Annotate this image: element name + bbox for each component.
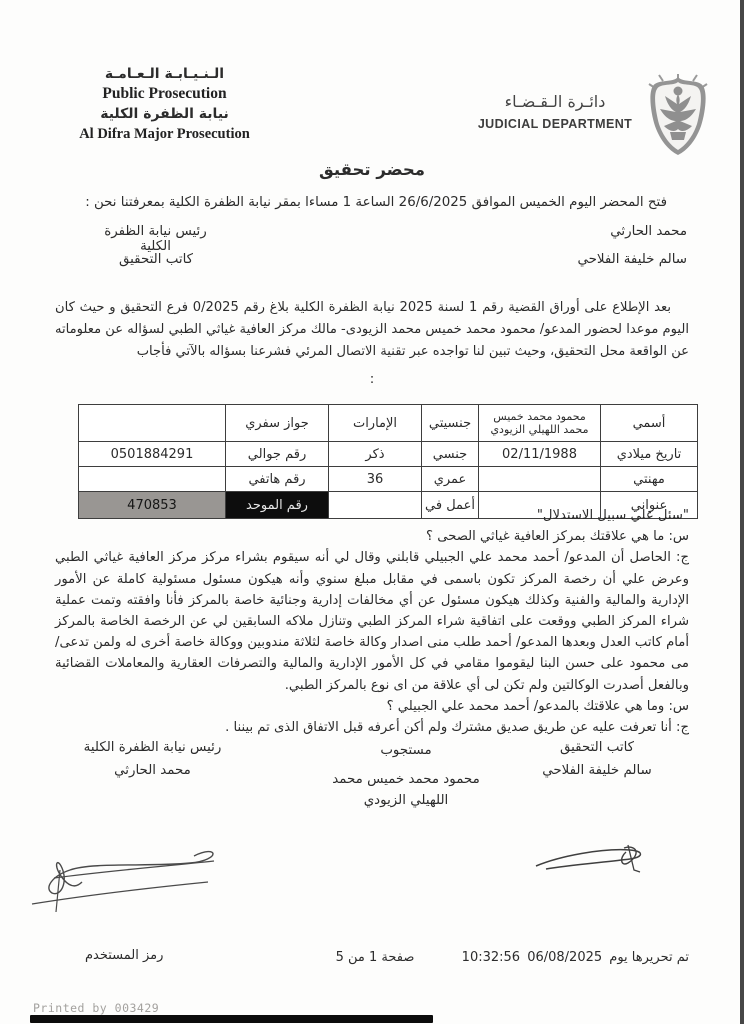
table-cell-mobile-label: رقم جوالي [226,442,329,467]
table-cell-nationality-label: جنسيتي [422,405,479,442]
judicial-department-english: JUDICIAL DEPARTMENT [470,117,640,131]
table-cell-profession-value [479,467,601,492]
table-cell-dob-label: تاريخ ميلادي [601,442,698,467]
table-cell-gender-value: ذكر [329,442,422,467]
signature-name-respondent: محمود محمد خميس محمد اللهيلي الزيودي [322,769,490,811]
subject-info-table: أسمي محمود محمد خميس محمد اللهيلي الزيود… [78,404,698,519]
table-cell-phone-value [79,467,226,492]
table-cell-phone-label: رقم هاتفي [226,467,329,492]
handwritten-signature-right [528,840,658,890]
question-1: س: ما هي علاقتك بمركز العافية غياثي الصح… [55,526,689,547]
table-cell-mobile-value: 0501884291 [79,442,226,467]
al-difra-prosecution-english: Al Difra Major Prosecution [52,124,277,144]
public-prosecution-english: Public Prosecution [52,84,277,104]
signature-block-respondent: مستجوب محمود محمد خميس محمد اللهيلي الزي… [322,740,490,811]
intro-line: فتح المحضر اليوم الخميس الموافق 26/6/202… [55,192,689,213]
official-role-chief: رئيس نيابة الظفرة الكلية [88,224,223,254]
oath-statement: "سئل علي سبيل الاستدلال" [55,505,689,526]
footer-edited-timestamp: تم تحريرها يوم 06/08/2025 10:32:56 [459,950,689,965]
table-row: مهنتي عمري 36 رقم هاتفي [79,467,698,492]
prosecution-header-block: الـنـيـابـة الـعـامـة Public Prosecution… [52,64,277,144]
signature-role-respondent: مستجوب [322,740,490,761]
printed-by-stamp: Printed by 003429 [33,1001,159,1015]
footer-edited-label: تم تحريرها يوم [609,950,689,965]
table-cell-age-label: عمري [422,467,479,492]
judicial-department-arabic: دائـرة الـقـضـاء [470,92,640,111]
table-cell-age-value: 36 [329,467,422,492]
table-cell-gender-label: جنسي [422,442,479,467]
official-name-chief: محمد الحارثي [610,224,687,239]
question-2: س: وما هي علاقتك بالمدعو/ أحمد محمد علي … [55,696,689,717]
falcon-emblem-icon [642,74,714,158]
table-cell-passport-value [79,405,226,442]
public-prosecution-arabic: الـنـيـابـة الـعـامـة [52,64,277,84]
official-name-clerk: سالم خليفة الفلاحي [577,252,687,267]
footer-edited-date: 06/08/2025 [527,950,602,965]
scan-edge-line [740,0,744,1024]
answer-2: ج: أنا تعرفت عليه عن طريق صديق مشترك ولم… [55,717,689,738]
footer-user-code-label: رمز المستخدم [85,948,163,963]
signature-name-clerk: سالم خليفة الفلاحي [512,763,682,778]
judicial-department-block: دائـرة الـقـضـاء JUDICIAL DEPARTMENT [470,92,640,131]
case-opening-paragraph: بعد الإطلاع على أوراق القضية رقم 1 لسنة … [55,297,689,363]
signature-block-chief: رئيس نيابة الظفرة الكلية محمد الحارثي [70,740,235,778]
al-difra-prosecution-arabic: نيابة الظفرة الكلية [52,104,277,124]
table-cell-passport-label: جواز سفري [226,405,329,442]
signature-block-clerk: كاتب التحقيق سالم خليفة الفلاحي [512,740,682,778]
page-title: محضر تحقيق [0,160,744,179]
table-cell-profession-label: مهنتي [601,467,698,492]
answer-1: ج: الحاصل أن المدعو/ أحمد محمد علي الجبي… [55,547,689,695]
table-cell-name-label: أسمي [601,405,698,442]
scan-bottom-stripe [30,1015,433,1023]
official-role-clerk: كاتب التحقيق [106,252,206,267]
table-cell-name-value: محمود محمد خميس محمد اللهيلي الزيودي [479,405,601,442]
handwritten-signature-left [26,836,226,926]
qa-transcript: "سئل علي سبيل الاستدلال" س: ما هي علاقتك… [55,505,689,738]
footer-edited-time: 10:32:56 [462,950,520,965]
footer-page-info: صفحة 1 من 5 [300,950,450,965]
signature-role-clerk: كاتب التحقيق [512,740,682,755]
table-row: أسمي محمود محمد خميس محمد اللهيلي الزيود… [79,405,698,442]
table-cell-dob-value: 02/11/1988 [479,442,601,467]
case-paragraph-colon: : [0,372,744,387]
signature-name-chief: محمد الحارثي [70,763,235,778]
table-row: تاريخ ميلادي 02/11/1988 جنسي ذكر رقم جوا… [79,442,698,467]
signature-role-chief: رئيس نيابة الظفرة الكلية [70,740,235,755]
scanned-investigation-report: { "header": { "left": { "ar_title": "الـ… [0,0,744,1024]
table-cell-nationality-value: الإمارات [329,405,422,442]
